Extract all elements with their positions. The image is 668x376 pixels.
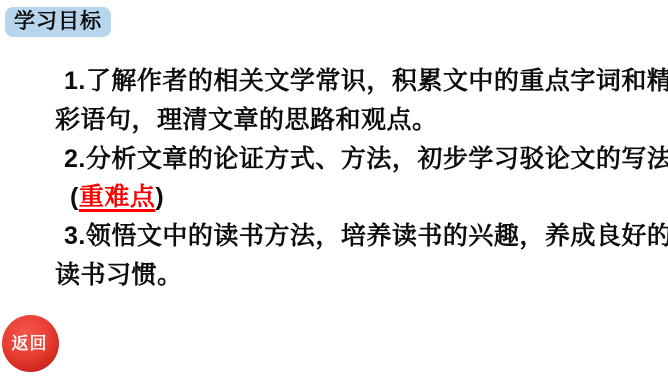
- objective-3-line-1: 3.领悟文中的读书方法，培养读书的兴趣，养成良好的: [55, 217, 655, 256]
- objective-1-line-2: 彩语句，理清文章的思路和观点。: [55, 101, 655, 140]
- page-title: 学习目标: [5, 7, 111, 37]
- back-button-label: 返回: [12, 329, 48, 354]
- keypoint-label: 重难点: [79, 183, 156, 211]
- objective-1-line-1: 1.了解作者的相关文学常识，积累文中的重点字词和精: [55, 62, 655, 101]
- keypoint-paren-open: (: [70, 183, 79, 211]
- objectives-text-block: 1.了解作者的相关文学常识，积累文中的重点字词和精 彩语句，理清文章的思路和观点…: [55, 62, 655, 295]
- objective-3-line-2: 读书习惯。: [55, 256, 655, 295]
- objective-2-line: 2.分析文章的论证方式、方法，初步学习驳论文的写法。: [55, 140, 655, 179]
- objective-2-keypoint-line: (重难点): [55, 178, 655, 217]
- keypoint-paren-close: ): [155, 183, 164, 211]
- back-button[interactable]: 返回: [2, 315, 59, 372]
- slide: 学习目标 1.了解作者的相关文学常识，积累文中的重点字词和精 彩语句，理清文章的…: [0, 0, 668, 376]
